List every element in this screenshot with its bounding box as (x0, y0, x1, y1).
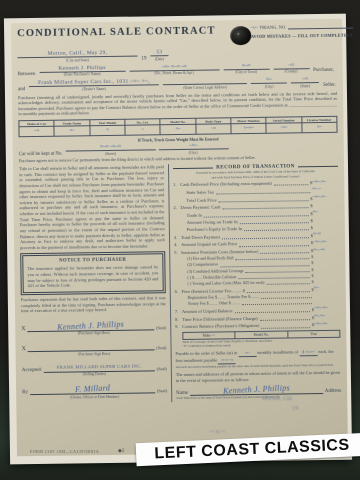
faint-scrawl-above-watermark: ~ ≈ ~ (210, 428, 225, 436)
purchaser-signature-line-1: Kenneth J. Phillips (28, 320, 155, 332)
transaction-number-scrawl: ~≈~ (251, 25, 258, 30)
record-rule-left (173, 167, 213, 169)
dealer-state-value: ~≈ (291, 76, 319, 83)
purchaser-county-value: ~≈ (273, 62, 309, 70)
purchaser-address-label: (No., Street, House & Apt.) (129, 70, 219, 75)
record-item-label: Cash Delivered Price (Including extra eq… (180, 180, 272, 188)
purchaser-name-value: Kenneth J. Phillips (39, 64, 125, 72)
notice-to-purchaser-box: NOTICE TO PURCHASER The insurance applie… (22, 254, 163, 293)
street-label: (Street) (65, 151, 155, 156)
dealer-address-label: (Enter Correct Legal Address) (163, 85, 247, 90)
avoid-mistakes-note: AVOID MISTAKES — FILL OUT COMPLETELY (251, 33, 353, 39)
left-column: Title to Car shall remain in Seller unti… (19, 164, 167, 404)
body-columns: Title to Car shall remain in Seller unti… (19, 162, 341, 405)
by-signature-line: F. Millard (30, 384, 155, 396)
terms-paragraph: Title to Car shall remain in Seller unti… (19, 164, 165, 250)
record-item-value: ~≈~.≈~ (312, 194, 338, 202)
repossession-clause: The names and addresses of all persons t… (176, 369, 341, 383)
seal-label-1: (Seal) (156, 325, 166, 330)
dealer-city-value: ≈~ (251, 76, 287, 84)
x-mark-2: X (22, 346, 26, 352)
record-item-label: Amount of Unpaid Balance (182, 307, 233, 315)
record-item-label: Down Payment: Cash (180, 203, 220, 211)
serial-number-value: ~≈~ (266, 123, 301, 133)
record-items: 1. Cash Delivered Price (Including extra… (173, 178, 340, 330)
purchaser-address-value: ~≈~ ≈~≈ ~≈ (129, 63, 219, 71)
record-item-dollar: $ (310, 202, 312, 209)
form-number: FORM 1305 10M—CALIFORNIA (30, 449, 99, 454)
seal-label-4: (Seal) (157, 388, 167, 393)
kept-city-value: ~≈~ (158, 142, 228, 150)
photo-of-document: { "watermark": {"text": "LEFT COAST CLAS… (0, 0, 360, 480)
seller-typed-name: FRANK MILLARD SUPER CARS INC. (57, 363, 142, 369)
place-date-line: Morton, Calif., May 29, (City and State)… (17, 47, 336, 63)
contract-document: CONDITIONAL SALE CONTRACT ✦ ~≈~ TRIANG. … (11, 19, 348, 457)
installment-amount: $ ~≈.≈~ (299, 349, 317, 356)
payable-pre: Payable to the order of Seller (at) in (175, 350, 237, 356)
record-item-dollar: $ (310, 217, 312, 224)
payable-mid: monthly installments of (257, 350, 298, 356)
by-signature-row: By F. Millard (Seal) (22, 383, 167, 395)
total-time-price-fine-print: Total Time Price is the sum of Total Dow… (176, 395, 341, 401)
first-installment-date: ≈~≈ ~≈ (218, 357, 236, 364)
and-word: and (18, 87, 25, 92)
header-right-block: ~≈~ TRIANG. NO. AVOID MISTAKES — FILL OU… (251, 24, 353, 39)
purchaser-town-label: (City or Town) (223, 70, 269, 75)
record-item-label: Notary Fee $......... Other $......... (188, 300, 240, 307)
year-value: 53 (150, 49, 168, 56)
purchaser-signature: Kenneth J. Phillips (57, 319, 124, 331)
document-header: CONDITIONAL SALE CONTRACT ✦ ~≈~ TRIANG. … (17, 24, 336, 48)
record-item-label: Contract Balance (Purchaser's Obligation… (182, 322, 260, 330)
trade-year-col: Year (288, 330, 339, 337)
dealer-state-label: (State) (291, 84, 319, 88)
represents-paragraph: Purchaser represents that he has read bo… (21, 295, 166, 314)
trade-make-value: ≈~ (212, 333, 216, 337)
transaction-number-rule (288, 28, 352, 30)
record-rule-right (298, 165, 338, 167)
seal-glyph: ✦ (236, 31, 241, 38)
seller-name-line: FRANK MILLARD SUPER CARS INC. (44, 363, 155, 373)
officer-signature: F. Millard (75, 384, 110, 395)
trade-model-col: Model No. (236, 331, 288, 338)
trade-make-col: Make ≈~ (183, 332, 235, 339)
by-word: By (22, 390, 28, 395)
purchaser-line: Between Kenneth J. Phillips (Enter Purch… (18, 61, 337, 77)
record-item-label: Purchaser's Equity in Trade In (187, 225, 243, 233)
notice-body: The insurance applied for hereunder does… (27, 265, 158, 289)
make-value: ~≈ (19, 126, 54, 136)
seller-word: Seller. (323, 82, 336, 87)
cylinders-value: ~ (125, 125, 160, 135)
record-item-value: ≈~ (313, 209, 339, 217)
address-word: Address (325, 389, 341, 394)
seller-line: and Frank Millard Super Cars Inc., 1031 … (18, 76, 337, 92)
right-column: RECORD OF TRANSACTION Executed in accord… (168, 162, 341, 402)
year-model-value: ≈ (90, 125, 125, 135)
corner-handwriting-year: 19 (292, 406, 298, 412)
dealer-city-label: (City) (251, 84, 287, 89)
notary-seal-icon: ✦ (230, 26, 251, 45)
date-label: (Date) (150, 57, 168, 61)
trade-make-label: Make (203, 333, 211, 337)
transaction-number-label: TRIANG. NO. (259, 24, 286, 29)
kept-city-label: (City). (158, 150, 228, 155)
kept-at-label: Car will be kept at No. (19, 151, 63, 157)
trade-name-value: ≈~ (54, 126, 89, 136)
record-item-label: ( ) Towing and Labor Costs (Max. $25 for… (187, 280, 264, 287)
year-word: 19 (141, 56, 146, 61)
x-mark: X (21, 326, 25, 332)
corner-handwriting-city: Morton, Cal. (262, 396, 293, 402)
record-item-value: ≈~ (314, 285, 340, 293)
seal-label-3: (Seal) (157, 366, 167, 371)
between-word: Between (18, 72, 36, 77)
document-title: CONDITIONAL SALE CONTRACT (17, 25, 216, 39)
purchaser-signature-row-1: X Kenneth J. Phillips (Seal) (21, 320, 166, 332)
coverage-fine-print-2: "X" Combined as itemized into repair. (182, 343, 340, 349)
record-item-value: ~≈~.≈~ (314, 321, 340, 329)
model-no-value: ≈~ (160, 124, 195, 134)
notice-title: NOTICE TO PURCHASER (27, 258, 158, 265)
kept-street-value: ≈~≈ ~≈~≈ (65, 143, 155, 151)
body-type-value: ~≈ (196, 124, 231, 134)
record-item-value: ≈~.~≈ (313, 246, 339, 254)
motor-number-value: ≈~≈~ (231, 123, 266, 133)
printer-union-bug-icon: ◆2 (118, 448, 124, 454)
record-item-label: Amount Unpaid on Cash Price (181, 241, 238, 249)
intro-paragraph: Purchaser (meaning all of undersigned, j… (18, 90, 337, 117)
seal-label-2: (Seal) (156, 345, 166, 350)
purchaser-word: Purchaser, (313, 68, 334, 73)
record-item-dollar: $ (311, 224, 313, 231)
purchaser-town-value: ≈~≈ (223, 62, 269, 70)
record-item-label: State Sales Tax (186, 189, 214, 196)
license-number-value: ≈~ (302, 122, 338, 132)
transaction-number-line: ~≈~ TRIANG. NO. (251, 24, 353, 30)
accepted-word: Accepted: (22, 368, 42, 373)
purchaser-county-label: (County) (273, 69, 309, 74)
installment-count: ≈~ (238, 350, 256, 357)
record-item-label: Total Down Payment (181, 233, 220, 241)
purchaser-name-label: (Enter Purchaser's Name) (39, 72, 125, 77)
record-item-leader (262, 327, 310, 329)
